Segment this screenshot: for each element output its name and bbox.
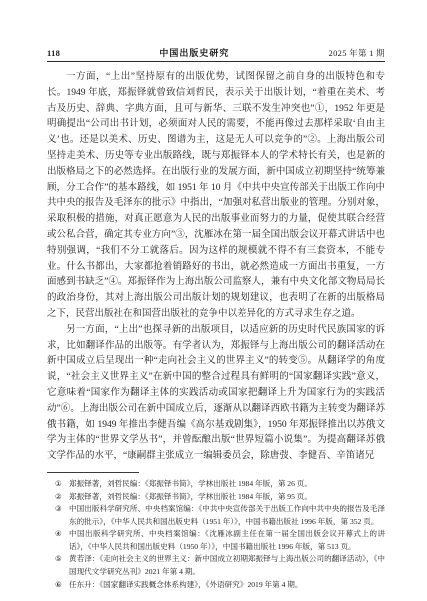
page-number: 118 — [47, 48, 60, 58]
footnote-1-marker: ① — [55, 478, 69, 491]
footnote-6-marker: ⑥ — [55, 579, 69, 592]
footnote-3-marker: ③ — [55, 503, 69, 528]
paragraph-2: 另一方面，“上出”也探寻新的出版项目，以适应新的历史时代民族国家的诉求，比如翻译… — [47, 323, 385, 465]
footnote-6-text: 任东升：《国家翻译实践概念体系构建》，《外语研究》2019 年第 4 期。 — [69, 579, 385, 592]
journal-page: 118 中国出版史研究 2025 年第 1 期 一方面，“上出”坚持原有的出版优… — [0, 0, 427, 601]
footnote-4-text: 中国出版科学研究所、中央档案馆编：《沈雁冰副主任在第一届全国出版会议开幕式上的讲… — [69, 528, 385, 553]
footnote-1: ① 郑振铎著，刘哲民编：《郑振铎书简》，学林出版社 1984 年版，第 26 页… — [55, 478, 385, 491]
footnote-6: ⑥ 任东升：《国家翻译实践概念体系构建》，《外语研究》2019 年第 4 期。 — [55, 579, 385, 592]
page-content: 一方面，“上出”坚持原有的出版优势，试图保留之前自身的出版特色和专长。1949 … — [47, 70, 385, 591]
footnote-separator — [47, 472, 139, 473]
header-rule — [47, 61, 385, 62]
footnote-5-marker: ⑤ — [55, 553, 69, 578]
paragraph-1: 一方面，“上出”坚持原有的出版优势，试图保留之前自身的出版特色和专长。1949 … — [47, 70, 385, 323]
footnote-4: ④ 中国出版科学研究所、中央档案馆编：《沈雁冰副主任在第一届全国出版会议开幕式上… — [55, 528, 385, 553]
footnote-2: ② 郑振铎著，刘哲民编：《郑振铎书简》，学林出版社 1984 年版，第 95 页… — [55, 491, 385, 504]
footnote-1-text: 郑振铎著，刘哲民编：《郑振铎书简》，学林出版社 1984 年版，第 26 页。 — [69, 478, 385, 491]
footnote-4-marker: ④ — [55, 528, 69, 553]
journal-title: 中国出版史研究 — [159, 46, 229, 59]
footnote-5: ⑤ 黄若泽：《走向社会主义的世界主义：新中国成立初期郑振铎与上海出版公司的翻译活… — [55, 553, 385, 578]
footnote-2-text: 郑振铎著，刘哲民编：《郑振铎书简》，学林出版社 1984 年版，第 95 页。 — [69, 491, 385, 504]
footnote-3: ③ 中国出版科学研究所、中央档案馆编：《中共中央宣传部关于出版工作向中共中央的报… — [55, 503, 385, 528]
footnote-2-marker: ② — [55, 491, 69, 504]
running-head: 118 中国出版史研究 2025 年第 1 期 — [47, 46, 385, 59]
issue-label: 2025 年第 1 期 — [329, 47, 385, 59]
body-text: 一方面，“上出”坚持原有的出版优势，试图保留之前自身的出版特色和专长。1949 … — [47, 70, 385, 465]
footnote-5-text: 黄若泽：《走向社会主义的世界主义：新中国成立初期郑振铎与上海出版公司的翻译活动》… — [69, 553, 385, 578]
footnote-3-text: 中国出版科学研究所、中央档案馆编：《中共中央宣传部关于出版工作向中共中央的报告及… — [69, 503, 385, 528]
footnotes: ① 郑振铎著，刘哲民编：《郑振铎书简》，学林出版社 1984 年版，第 26 页… — [47, 478, 385, 591]
